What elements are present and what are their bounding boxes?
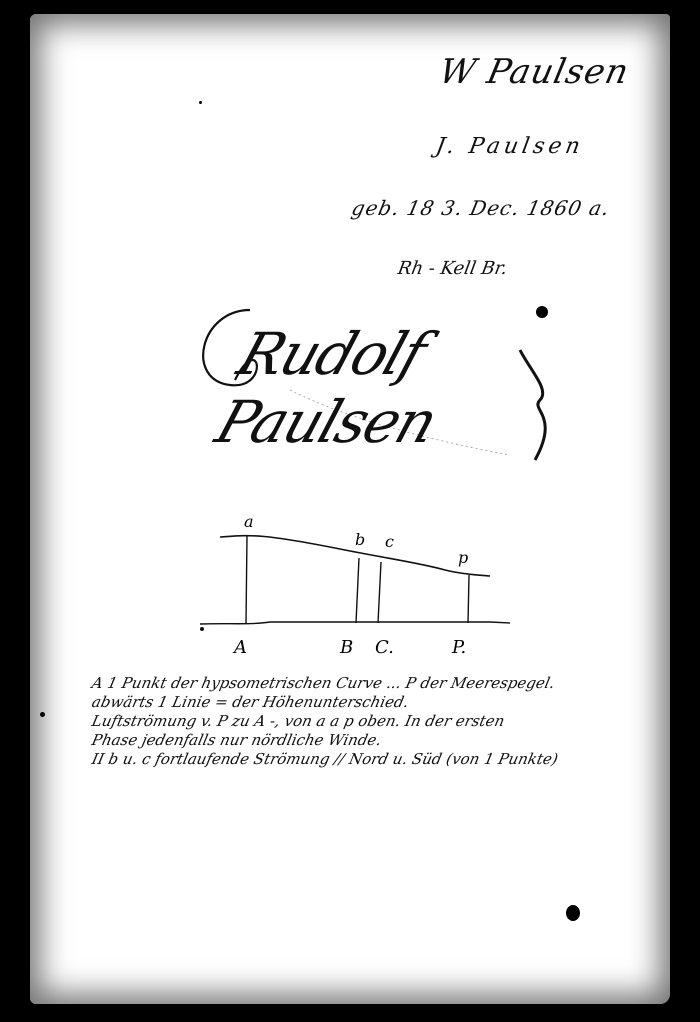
- label-B: B: [339, 637, 353, 658]
- label-P: P.: [451, 637, 466, 658]
- note-line: A 1 Punkt der hypsometrischen Curve ... …: [90, 674, 694, 693]
- note-line: Phase jedenfalls nur nördliche Winde.: [90, 731, 694, 750]
- signature-text: Rudolf Paulsen: [208, 320, 602, 456]
- handwritten-notes: A 1 Punkt der hypsometrischen Curve ... …: [92, 674, 692, 769]
- profile-diagram: a b c p A B C. P.: [190, 505, 520, 665]
- ink-blot: [536, 306, 548, 318]
- label-p: p: [458, 548, 468, 567]
- ink-blot: [566, 905, 580, 921]
- label-C: C.: [375, 637, 394, 658]
- label-a: a: [244, 512, 254, 531]
- header-birth-line: geb. 18 3. Dec. 1860 a.: [349, 196, 612, 220]
- header-subtitle: J. Paulsen: [434, 134, 586, 159]
- label-c: c: [385, 532, 394, 551]
- ink-speck: [199, 101, 202, 104]
- ink-speck: [40, 712, 45, 717]
- note-line: II b u. c fortlaufende Strömung // Nord …: [90, 750, 694, 769]
- header-name: W Paulsen: [436, 52, 633, 92]
- label-A: A: [232, 637, 247, 658]
- note-line: Luftströmung v. P zu A -, von a a p oben…: [90, 712, 694, 731]
- header-reference: Rh - Kell Br.: [396, 258, 509, 279]
- signature: Rudolf Paulsen: [190, 290, 580, 470]
- note-line: abwärts 1 Linie = der Höhenunterschied.: [90, 693, 694, 712]
- label-b: b: [355, 530, 365, 549]
